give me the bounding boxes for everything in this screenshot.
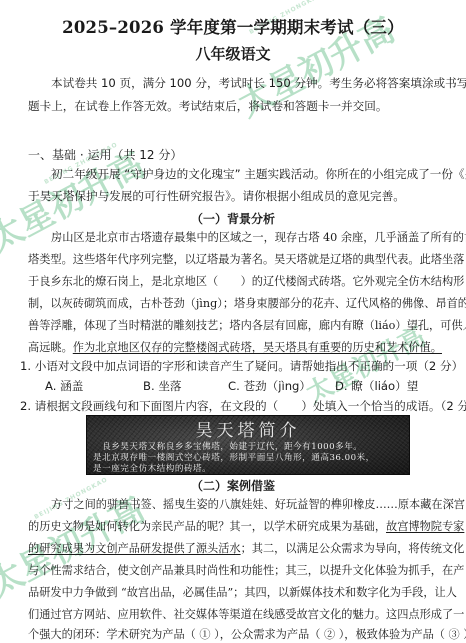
part-1-heading: 一、基础 · 运用（共 12 分） [28, 146, 182, 163]
plaque-title: 昊天塔简介 [87, 416, 409, 441]
case-line-2-prefix: 的历史文物是如何转化为亲民产品的呢？其一，以学术研究成果为基础， [28, 520, 386, 533]
intro-line-1: 初二年级开展 “守护身边的文化瑰宝” 主题实践活动。你所在的小组完成了一份《关 [28, 166, 466, 182]
intro-line-2: 于昊天塔保护与发展的可行性研究报告》。请你根据小组成员的意见完善。 [28, 188, 448, 204]
haotian-pagoda-plaque-image: 昊天塔简介 良乡昊天塔又称良乡多宝佛塔，始建于辽代，距今有1000多年。 是北京… [86, 415, 410, 475]
question-1-stem: 1. 小语对文段中加点词语的字形和读音产生了疑问。请帮她指出不正确的一项（2 分… [20, 358, 440, 374]
instructions-line-2: 题卡上，在试卷上作答无效。考试结束后，将试卷和答题卡一并交回。 [28, 98, 448, 114]
case-line-3-suffix: ；其二，以满足公众需求为导向，将传统文化 [241, 542, 465, 555]
case-underlined-a: 故宫博物院专家 [386, 520, 464, 533]
option-c[interactable]: C. 苍劲（jìng） [228, 378, 311, 394]
option-d[interactable]: D. 瞭（liáo）望 [335, 378, 418, 394]
question-2-stem: 2. 请根据文段画线句和下面图片内容，在文段的（ ）处填入一个恰当的成语。（2 … [20, 398, 440, 414]
exam-subject: 八年级语文 [0, 43, 466, 64]
option-a[interactable]: A. 涵盖 [45, 378, 83, 394]
passage-line-3: 于良乡东北的燎石岗上，是北京地区（ ）的辽代楼阁式砖塔。它外观完全仿木结构形 [28, 274, 448, 290]
case-line-2: 的历史文物是如何转化为亲民产品的呢？其一，以学术研究成果为基础，故宫博物院专家 [28, 519, 448, 535]
passage-line-4: 制，以灰砖砌筑而成，古朴苍劲（jìng）；塔身束腰部分的花卉、辽代风格的佛像、昂… [28, 296, 448, 312]
underlined-sentence: 作为北京地区仅存的完整楼阁式砖塔，昊天塔具有重要的历史和艺术价值。 [73, 341, 442, 354]
option-b[interactable]: B. 坐落 [143, 378, 182, 394]
section-heading-case-study: （二）案例借鉴 [0, 477, 466, 494]
section-heading-background: （一）背景分析 [0, 210, 466, 227]
case-underlined-b: 的研究成果为文创产品研发提供了源头活水 [28, 542, 241, 555]
case-line-4: 与个性需求结合，使文创产品兼具时尚性和功能性；其三，以提升文化体验为抓手，在产 [28, 563, 448, 579]
exam-page: 太星初升高 BEIJING ZHONGKAO 太星初升高 BEIJING ZHO… [0, 0, 466, 643]
case-line-5: 品研发中力争做到 “故宫出品，必属佳品”；其四，以新媒体技术和数字化为手段，让人 [28, 585, 448, 601]
plaque-line-3: 是一座完全仿木结构的砖塔。 [93, 462, 405, 474]
case-line-1: 方寸之间的骈兽书签、摇曳生姿的八旗娃娃、好玩益智的榫卯橡皮……原本藏在深宫 [28, 497, 466, 513]
case-line-7: 个强大的闭环：学术研究为产品（ ① ），公众需求为产品（ ② ），极致体验为产品… [28, 627, 448, 643]
passage-line-5: 兽等浮雕，体现了当时精湛的雕刻技艺；塔内各层有回廊，廊内有瞭（liáo）望孔，可… [28, 318, 448, 334]
passage-line-6: 高远眺。作为北京地区仅存的完整楼阁式砖塔，昊天塔具有重要的历史和艺术价值。 [28, 340, 448, 356]
passage-line-2: 塔类型。这些塔年代序列完整，以辽塔最为著名。昊天塔就是辽塔的典型代表。此塔坐落 [28, 252, 448, 268]
exam-title: 2025–2026 学年度第一学期期末考试（三） [0, 14, 466, 38]
passage-line-1: 房山区是北京市古塔遗存最集中的区域之一，现存古塔 40 余座，几乎涵盖了所有的古 [28, 230, 466, 246]
instructions-line-1: 本试卷共 10 页，满分 100 分，考试时长 150 分钟。考生务必将答案填涂… [28, 75, 466, 91]
case-line-6: 们通过官方网站、应用软件、社交媒体等渠道在线感受故宫文化的魅力。这四点形成了一 [28, 607, 448, 623]
case-line-3: 的研究成果为文创产品研发提供了源头活水；其二，以满足公众需求为导向，将传统文化 [28, 541, 448, 557]
passage-line-6-prefix: 高远眺。 [28, 341, 73, 354]
